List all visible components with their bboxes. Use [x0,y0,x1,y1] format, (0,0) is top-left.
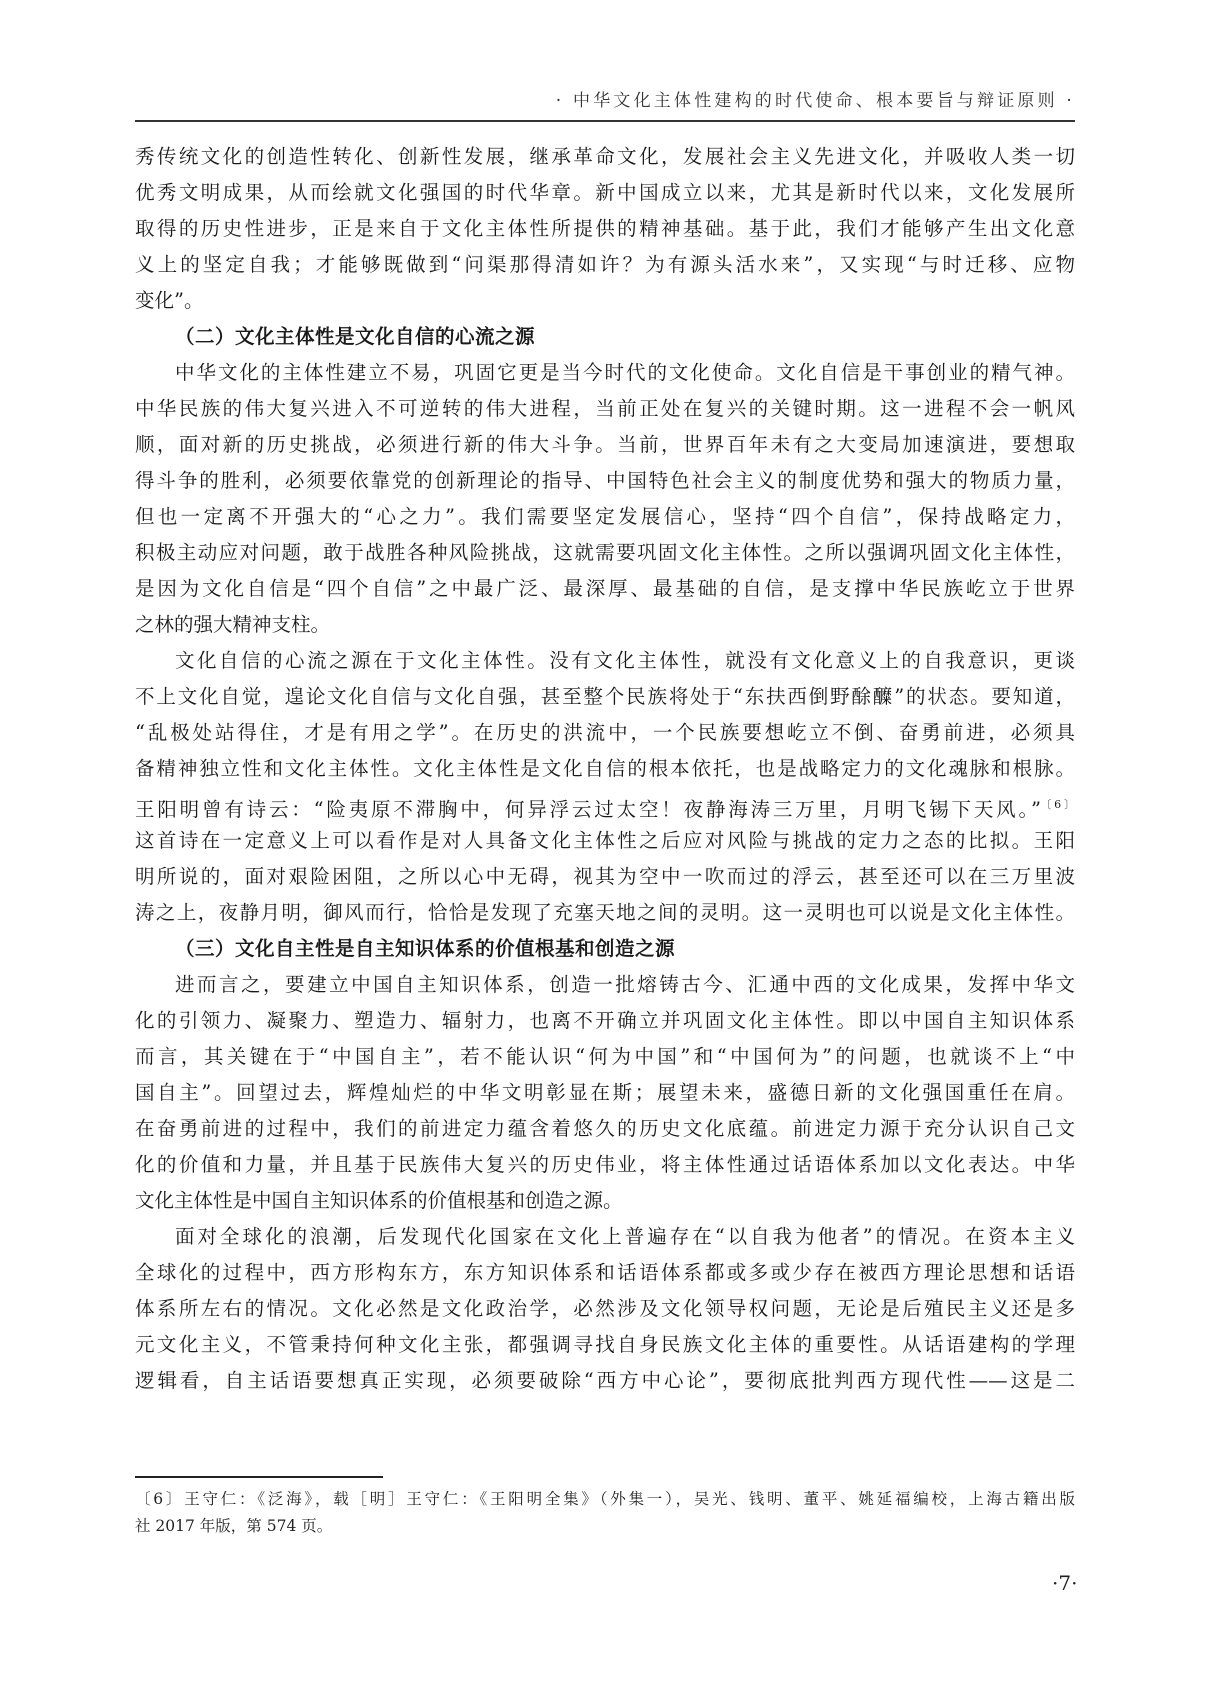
page-number: ·7· [1052,1571,1077,1595]
body-line: 中华文化的主体性建立不易，巩固它更是当今时代的文化使命。文化自信是干事创业的精气… [135,355,1075,391]
running-head: · 中华文化主体性建构的时代使命、根本要旨与辩证原则 · [556,86,1075,111]
header-rule [135,120,1075,122]
footnote-rule [135,1476,383,1478]
body-line: 备精神独立性和文化主体性。文化主体性是文化自信的根本依托，也是战略定力的文化魂脉… [135,751,1075,787]
body-text: 秀传统文化的创造性转化、创新性发展，继承革命文化，发展社会主义先进文化，并吸收人… [135,139,1075,1399]
body-line: 得斗争的胜利，必须要依靠党的创新理论的指导、中国特色社会主义的制度优势和强大的物… [135,463,1075,499]
quote-text: 王阳明曾有诗云：“险夷原不滞胸中，何异浮云过太空！夜静海涛三万里，月明飞锡下天风… [135,798,1041,821]
footnote-ref[interactable]: 〔6〕 [1043,798,1075,811]
body-line: 变化”。 [135,283,1075,319]
body-line: 秀传统文化的创造性转化、创新性发展，继承革命文化，发展社会主义先进文化，并吸收人… [135,139,1075,175]
footnote-line: 〔6〕王守仁：《泛海》，载［明］王守仁：《王阳明全集》（外集一），吴光、钱明、董… [135,1486,1075,1513]
body-line: 化的引领力、凝聚力、塑造力、辐射力，也离不开确立并巩固文化主体性。即以中国自主知… [135,1003,1075,1039]
body-line: 积极主动应对问题，敢于战胜各种风险挑战，这就需要巩固文化主体性。之所以强调巩固文… [135,535,1075,571]
body-line: 明所说的，面对艰险困阻，之所以心中无碍，视其为空中一吹而过的浮云，甚至还可以在三… [135,859,1075,895]
body-line: “乱极处站得住，才是有用之学”。在历史的洪流中，一个民族要想屹立不倒、奋勇前进，… [135,715,1075,751]
body-line: 优秀文明成果，从而绘就文化强国的时代华章。新中国成立以来，尤其是新时代以来，文化… [135,175,1075,211]
body-line: 文化主体性是中国自主知识体系的价值根基和创造之源。 [135,1183,1075,1219]
body-line: 但也一定离不开强大的“心之力”。我们需要坚定发展信心，坚持“四个自信”，保持战略… [135,499,1075,535]
body-line: 全球化的过程中，西方形构东方，东方知识体系和话语体系都或多或少存在被西方理论思想… [135,1255,1075,1291]
body-line: 面对全球化的浪潮，后发现代化国家在文化上普遍存在“以自我为他者”的情况。在资本主… [135,1219,1075,1255]
body-line: 义上的坚定自我；才能够既做到“问渠那得清如许？为有源头活水来”，又实现“与时迁移… [135,247,1075,283]
body-line: 化的价值和力量，并且基于民族伟大复兴的历史伟业，将主体性通过话语体系加以文化表达… [135,1147,1075,1183]
body-line: 不上文化自觉，遑论文化自信与文化自强，甚至整个民族将处于“东扶西倒野酴醾”的状态… [135,679,1075,715]
section-heading-2: （二）文化主体性是文化自信的心流之源 [135,319,1075,355]
body-line: 取得的历史性进步，正是来自于文化主体性所提供的精神基础。基于此，我们才能够产生出… [135,211,1075,247]
body-line: 逻辑看，自主话语要想真正实现，必须要破除“西方中心论”，要彻底批判西方现代性——… [135,1363,1075,1399]
body-line: 顺，面对新的历史挑战，必须进行新的伟大斗争。当前，世界百年未有之大变局加速演进，… [135,427,1075,463]
footnotes: 〔6〕王守仁：《泛海》，载［明］王守仁：《王阳明全集》（外集一），吴光、钱明、董… [135,1486,1075,1540]
body-line-with-footnote: 王阳明曾有诗云：“险夷原不滞胸中，何异浮云过太空！夜静海涛三万里，月明飞锡下天风… [135,787,1075,823]
body-line: 文化自信的心流之源在于文化主体性。没有文化主体性，就没有文化意义上的自我意识，更… [135,643,1075,679]
body-line: 国自主”。回望过去，辉煌灿烂的中华文明彰显在斯；展望未来，盛德日新的文化强国重任… [135,1075,1075,1111]
section-heading-3: （三）文化自主性是自主知识体系的价值根基和创造之源 [135,931,1075,967]
body-line: 进而言之，要建立中国自主知识体系，创造一批熔铸古今、汇通中西的文化成果，发挥中华… [135,967,1075,1003]
footnote-line: 社 2017 年版，第 574 页。 [135,1513,1075,1540]
body-line: 而言，其关键在于“中国自主”，若不能认识“何为中国”和“中国何为”的问题，也就谈… [135,1039,1075,1075]
body-line: 是因为文化自信是“四个自信”之中最广泛、最深厚、最基础的自信，是支撑中华民族屹立… [135,571,1075,607]
body-line: 中华民族的伟大复兴进入不可逆转的伟大进程，当前正处在复兴的关键时期。这一进程不会… [135,391,1075,427]
body-line: 体系所左右的情况。文化必然是文化政治学，必然涉及文化领导权问题，无论是后殖民主义… [135,1291,1075,1327]
body-line: 在奋勇前进的过程中，我们的前进定力蕴含着悠久的历史文化底蕴。前进定力源于充分认识… [135,1111,1075,1147]
body-line: 这首诗在一定意义上可以看作是对人具备文化主体性之后应对风险与挑战的定力之态的比拟… [135,823,1075,859]
body-line: 元文化主义，不管秉持何种文化主张，都强调寻找自身民族文化主体的重要性。从话语建构… [135,1327,1075,1363]
body-line: 之林的强大精神支柱。 [135,607,1075,643]
body-line: 涛之上，夜静月明，御风而行，恰恰是发现了充塞天地之间的灵明。这一灵明也可以说是文… [135,895,1075,931]
